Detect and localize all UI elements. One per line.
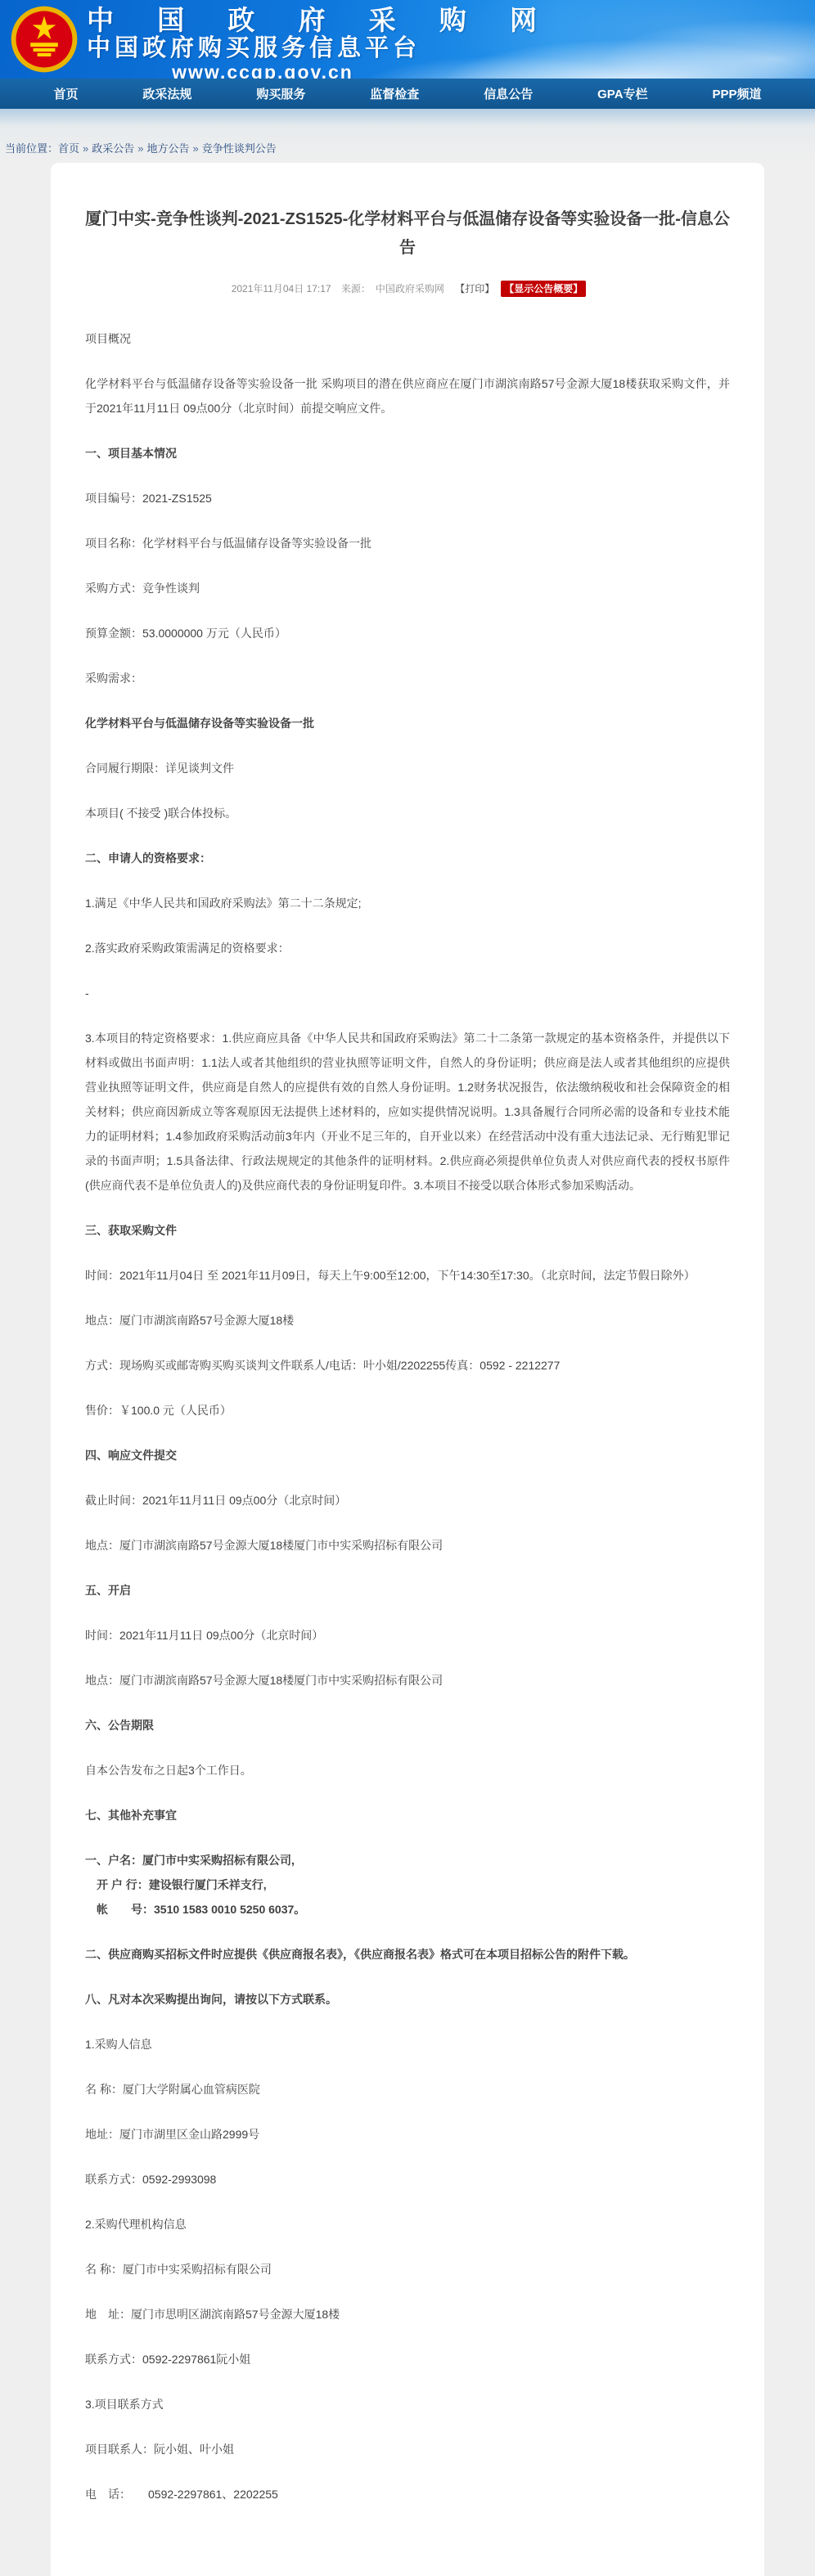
article-heading: 七、其他补充事宜 bbox=[85, 1803, 730, 1827]
article-paragraph: 3.本项目的特定资格要求：1.供应商应具备《中华人民共和国政府采购法》第二十二条… bbox=[85, 1026, 730, 1198]
article-paragraph: 2.落实政府采购政策需满足的资格要求： bbox=[85, 936, 730, 960]
nav-item-procurement-regulations[interactable]: 政采法规 bbox=[142, 85, 191, 102]
article-paragraph: 地点：厦门市湖滨南路57号金源大厦18楼厦门市中实采购招标有限公司 bbox=[85, 1668, 730, 1693]
article-paragraph: 自本公告发布之日起3个工作日。 bbox=[85, 1758, 730, 1783]
nav-item-purchase-services[interactable]: 购买服务 bbox=[256, 85, 305, 102]
page: 中 国 政 府 采 购 网 中国政府购买服务信息平台 www.ccgp.gov.… bbox=[0, 0, 815, 2576]
site-title: 中 国 政 府 采 购 网 bbox=[87, 5, 815, 36]
article-heading: 二、申请人的资格要求： bbox=[85, 846, 730, 870]
article-heading: 八、凡对本次采购提出询问，请按以下方式联系。 bbox=[85, 1987, 730, 2012]
article-heading: 一、户名：厦门市中实采购招标有限公司, 开 户 行：建设银行厦门禾祥支行, 帐 … bbox=[85, 1848, 730, 1922]
site-banner: 中 国 政 府 采 购 网 中国政府购买服务信息平台 www.ccgp.gov.… bbox=[87, 0, 815, 79]
article-paragraph: 截止时间：2021年11月11日 09点00分（北京时间） bbox=[85, 1488, 730, 1513]
site-header: 中 国 政 府 采 购 网 中国政府购买服务信息平台 www.ccgp.gov.… bbox=[0, 0, 815, 79]
article-paragraph: 地点：厦门市湖滨南路57号金源大厦18楼厦门市中实采购招标有限公司 bbox=[85, 1533, 730, 1558]
breadcrumb-separator: » bbox=[83, 142, 88, 155]
breadcrumb-separator: » bbox=[193, 142, 199, 155]
article-paragraph: 项目概况 bbox=[85, 326, 730, 351]
nav-item-supervision-inspection[interactable]: 监督检查 bbox=[370, 85, 419, 102]
nav-item-gpa-channel[interactable]: GPA专栏 bbox=[597, 85, 647, 102]
article-paragraph: 时间：2021年11月04日 至 2021年11月09日，每天上午9:00至12… bbox=[85, 1263, 730, 1288]
article-paragraph: 名 称：厦门大学附属心血管病医院 bbox=[85, 2077, 730, 2102]
nav-item-information-announcements[interactable]: 信息公告 bbox=[484, 85, 533, 102]
breadcrumb-item-competitive-negotiation-announcements[interactable]: 竞争性谈判公告 bbox=[202, 142, 277, 155]
article-paragraph: 地点：厦门市湖滨南路57号金源大厦18楼 bbox=[85, 1308, 730, 1333]
article-paragraph: 采购需求： bbox=[85, 666, 730, 690]
article-paragraph: 联系方式：0592-2297861阮小姐 bbox=[85, 2347, 730, 2371]
article-paragraph: 名 称：厦门市中实采购招标有限公司 bbox=[85, 2257, 730, 2282]
source-label: 来源： bbox=[341, 283, 371, 294]
breadcrumb: 当前位置：首页»政采公告»地方公告»竞争性谈判公告 bbox=[0, 109, 815, 163]
article-paragraph: 1.满足《中华人民共和国政府采购法》第二十二条规定; bbox=[85, 891, 730, 915]
source-name: 中国政府采购网 bbox=[376, 283, 444, 294]
article-paragraph: 合同履行期限：详见谈判文件 bbox=[85, 756, 730, 780]
print-button[interactable]: 【打印】 bbox=[455, 283, 494, 294]
article-meta: 2021年11月04日 17:17 来源：中国政府采购网 【打印】【显示公告概要… bbox=[70, 281, 745, 297]
article-heading: 三、获取采购文件 bbox=[85, 1218, 730, 1243]
show-summary-button[interactable]: 【显示公告概要】 bbox=[501, 281, 586, 297]
article-heading: 化学材料平台与低温储存设备等实验设备一批 bbox=[85, 711, 730, 735]
article-paragraph: 项目名称：化学材料平台与低温储存设备等实验设备一批 bbox=[85, 531, 730, 555]
article-heading: 二、供应商购买招标文件时应提供《供应商报名表》，《供应商报名表》格式可在本项目招… bbox=[85, 1942, 730, 1967]
main-nav: 首页政采法规购买服务监督检查信息公告GPA专栏PPP频道 bbox=[0, 79, 815, 109]
article-paragraph: 地 址：厦门市思明区湖滨南路57号金源大厦18楼 bbox=[85, 2302, 730, 2326]
article-paragraph: 本项目( 不接受 )联合体投标。 bbox=[85, 801, 730, 825]
article-card: 厦门中实-竞争性谈判-2021-ZS1525-化学材料平台与低温储存设备等实验设… bbox=[51, 163, 764, 2576]
nav-item-ppp-channel[interactable]: PPP频道 bbox=[712, 85, 761, 102]
article-heading: 四、响应文件提交 bbox=[85, 1443, 730, 1468]
breadcrumb-item-local-announcements[interactable]: 地方公告 bbox=[147, 142, 190, 155]
article-paragraph: 联系方式：0592-2993098 bbox=[85, 2167, 730, 2192]
article-paragraph: 3.项目联系方式 bbox=[85, 2392, 730, 2416]
article-paragraph: 地址：厦门市湖里区金山路2999号 bbox=[85, 2122, 730, 2147]
national-emblem-icon bbox=[10, 5, 79, 74]
nav-item-home[interactable]: 首页 bbox=[53, 85, 78, 102]
breadcrumb-item-home[interactable]: 首页 bbox=[58, 142, 79, 155]
site-subtitle: 中国政府购买服务信息平台 bbox=[87, 36, 815, 61]
article-paragraph: 电 话： 0592-2297861、2202255 bbox=[85, 2482, 730, 2506]
article-paragraph: 项目编号：2021-ZS1525 bbox=[85, 486, 730, 510]
article-paragraph: 项目联系人：阮小姐、叶小姐 bbox=[85, 2437, 730, 2461]
article-paragraph: 1.采购人信息 bbox=[85, 2032, 730, 2057]
site-url: www.ccgp.gov.cn bbox=[87, 61, 439, 79]
article-body: 项目概况化学材料平台与低温储存设备等实验设备一批 采购项目的潜在供应商应在厦门市… bbox=[70, 326, 745, 2506]
article-heading: 一、项目基本情况 bbox=[85, 441, 730, 465]
article-heading: 五、开启 bbox=[85, 1578, 730, 1603]
article-paragraph: 售价：￥100.0 元（人民币） bbox=[85, 1398, 730, 1423]
article-paragraph: 采购方式：竞争性谈判 bbox=[85, 576, 730, 600]
article-paragraph: 方式：现场购买或邮寄购买购买谈判文件联系人/电话：叶小姐/2202255传真：0… bbox=[85, 1353, 730, 1378]
article-paragraph: 2.采购代理机构信息 bbox=[85, 2212, 730, 2237]
page-title: 厦门中实-竞争性谈判-2021-ZS1525-化学材料平台与低温储存设备等实验设… bbox=[79, 205, 736, 263]
article-source: 来源：中国政府采购网 bbox=[339, 283, 447, 294]
publish-datetime: 2021年11月04日 17:17 bbox=[232, 283, 331, 294]
breadcrumb-item-procurement-announcements[interactable]: 政采公告 bbox=[92, 142, 134, 155]
article-paragraph: 化学材料平台与低温储存设备等实验设备一批 采购项目的潜在供应商应在厦门市湖滨南路… bbox=[85, 371, 730, 420]
breadcrumb-separator: » bbox=[137, 142, 143, 155]
article-heading: 六、公告期限 bbox=[85, 1713, 730, 1738]
article-paragraph: 时间：2021年11月11日 09点00分（北京时间） bbox=[85, 1623, 730, 1648]
article-paragraph: - bbox=[85, 981, 730, 1005]
article-paragraph: 预算金额：53.0000000 万元（人民币） bbox=[85, 621, 730, 645]
breadcrumb-label: 当前位置： bbox=[5, 142, 58, 155]
